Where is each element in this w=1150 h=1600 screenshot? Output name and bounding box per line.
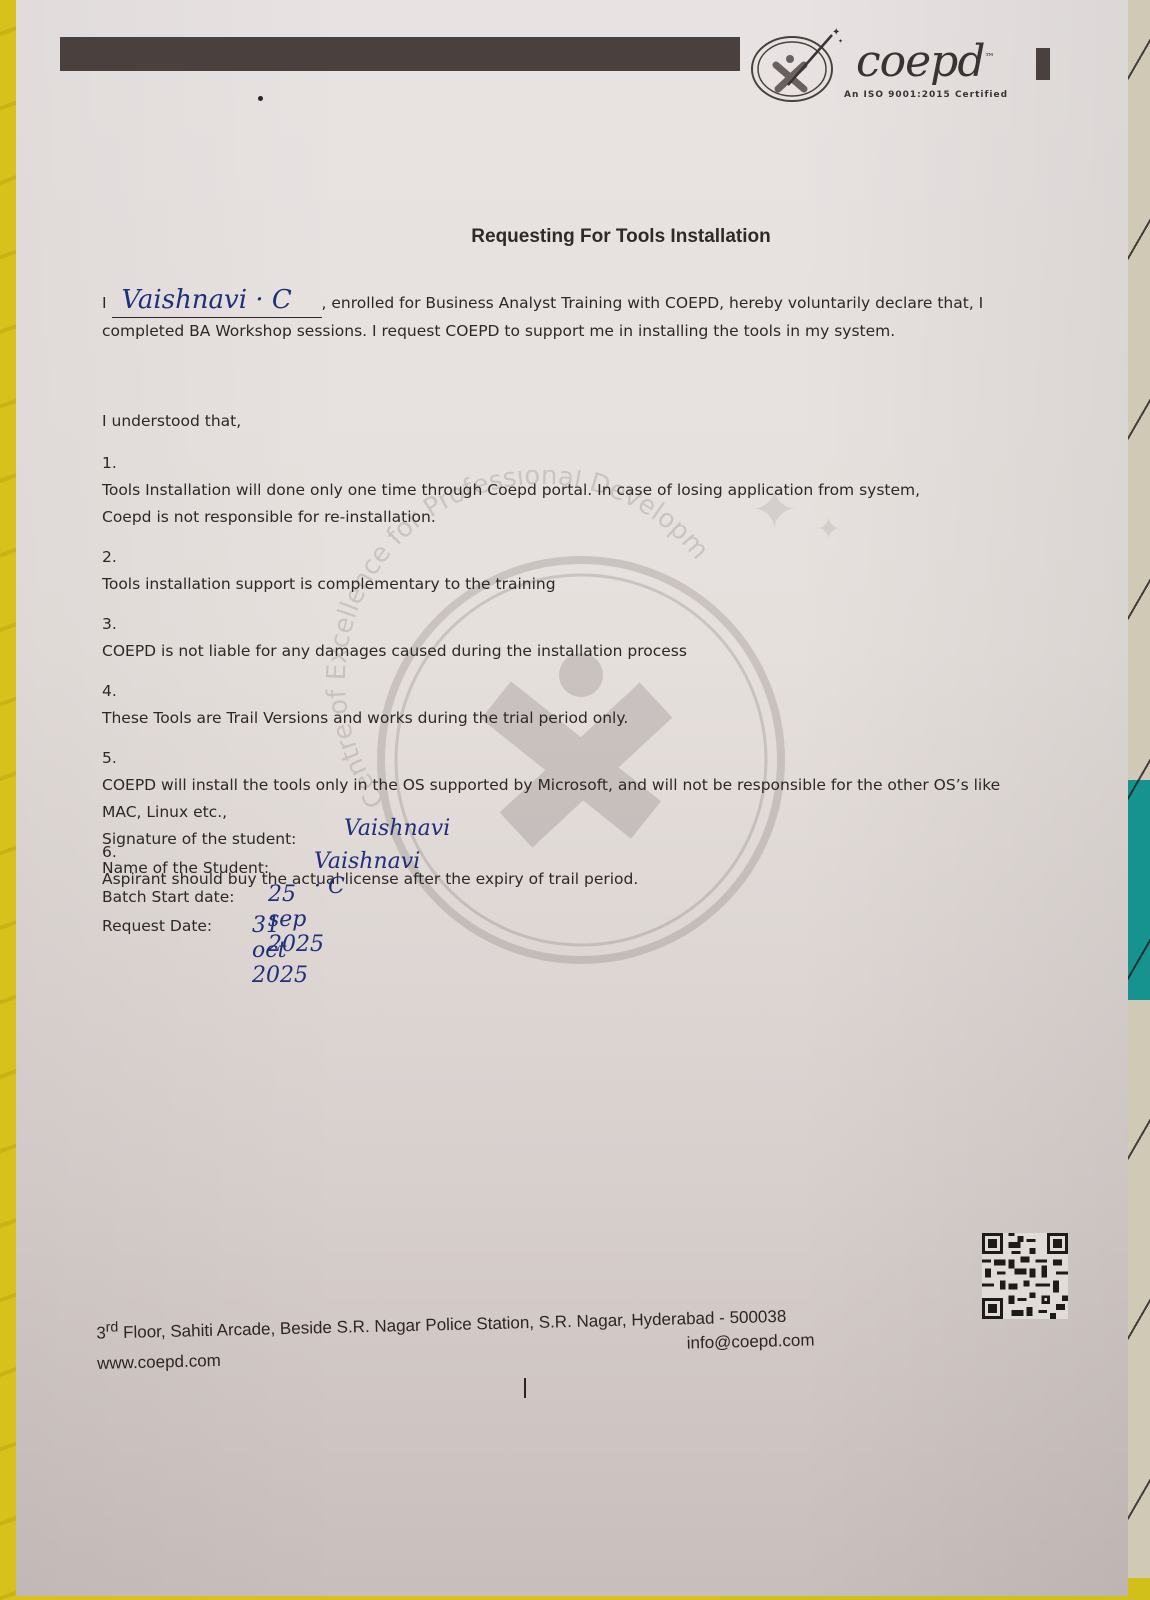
- signature-block: Signature of the student: Vaishnavi Name…: [102, 830, 296, 946]
- svg-text:✦: ✦: [832, 27, 840, 38]
- header-bar: [60, 37, 740, 71]
- coepd-logo-icon: ✦ ✦: [748, 25, 844, 105]
- student-name-field: Vaishnavi · C: [112, 288, 322, 318]
- footer: 3rd Floor, Sahiti Arcade, Beside S.R. Na…: [96, 1303, 787, 1374]
- stray-mark: [258, 96, 263, 101]
- request-date-row: Request Date: 31 oct 2025: [102, 917, 296, 946]
- signature-row: Signature of the student: Vaishnavi: [102, 830, 296, 859]
- declaration-line-2: completed BA Workshop sessions. I reques…: [102, 318, 1062, 345]
- term-item-5: 5. COEPD will install the tools only in …: [102, 745, 1082, 826]
- student-signature: Vaishnavi: [344, 816, 450, 841]
- term-item-4: 4. These Tools are Trail Versions and wo…: [102, 678, 1082, 732]
- student-name-value: Vaishnavi · C: [314, 849, 420, 899]
- declaration-intro: I Vaishnavi · C, enrolled for Business A…: [102, 288, 1062, 345]
- term-item-1: 1. Tools Installation will done only one…: [102, 450, 1082, 531]
- declaration-line-1: I Vaishnavi · C, enrolled for Business A…: [102, 288, 1062, 318]
- header-bar-end: [1036, 48, 1050, 80]
- fold-mark: [524, 1378, 526, 1398]
- understood-label: I understood that,: [102, 408, 241, 435]
- page-title: Requesting For Tools Installation: [16, 226, 1150, 248]
- term-item-2: 2. Tools installation support is complem…: [102, 544, 1082, 598]
- qr-code-icon: [982, 1233, 1068, 1319]
- brand-name: coepd™: [856, 36, 994, 87]
- footer-website: www.coepd.com: [97, 1337, 787, 1374]
- svg-text:✦: ✦: [838, 38, 843, 45]
- footer-email: info@coepd.com: [687, 1330, 815, 1353]
- document-page: ✦ ✦ coepd™ An ISO 9001:2015 Certified Ce…: [16, 0, 1128, 1596]
- student-name-handwritten: Vaishnavi · C: [122, 285, 292, 315]
- request-date-value: 31 oct 2025: [252, 913, 308, 988]
- term-item-3: 3. COEPD is not liable for any damages c…: [102, 611, 1082, 665]
- brand-logo: ✦ ✦ coepd™ An ISO 9001:2015 Certified: [748, 20, 1038, 110]
- footer-address: 3rd Floor, Sahiti Arcade, Beside S.R. Na…: [96, 1303, 787, 1344]
- brand-tagline: An ISO 9001:2015 Certified: [844, 90, 1008, 100]
